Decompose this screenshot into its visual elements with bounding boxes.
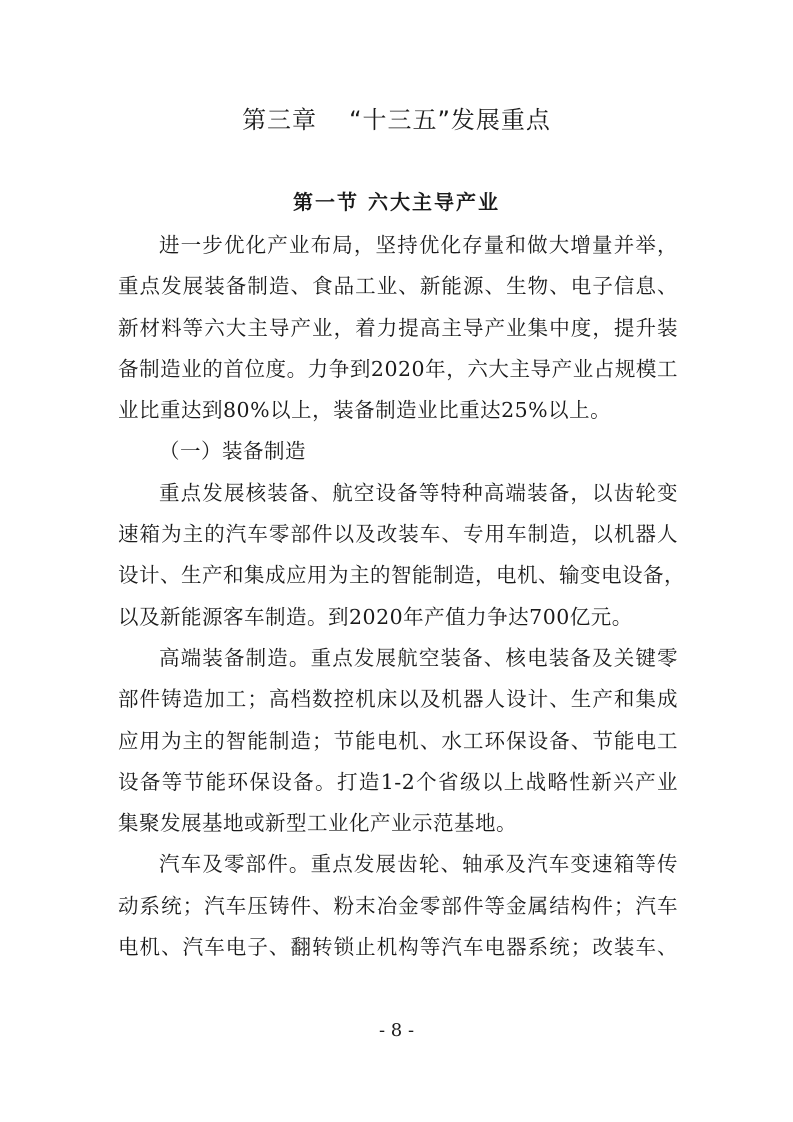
document-page: 第三章“十三五”发展重点 第一节 六大主导产业 进一步优化产业布局，坚持优化存量… xyxy=(0,0,793,1122)
paragraph-line: 速箱为主的汽车零部件以及改装车、专用车制造，以机器人 xyxy=(118,514,678,555)
paragraph-line: 设备等节能环保设备。打造1-2个省级以上战略性新兴产业 xyxy=(118,762,678,803)
paragraph-line: 备制造业的首位度。力争到2020年，六大主导产业占规模工 xyxy=(118,349,678,390)
paragraph-line: 新材料等六大主导产业，着力提高主导产业集中度，提升装 xyxy=(118,308,678,349)
chapter-number: 第三章 xyxy=(242,106,317,134)
paragraph-line: 部件铸造加工；高档数控机床以及机器人设计、生产和集成 xyxy=(118,679,678,720)
paragraph-line: 重点发展装备制造、食品工业、新能源、生物、电子信息、 xyxy=(118,266,678,307)
subheading: （一）装备制造 xyxy=(118,431,678,472)
paragraph-line: 电机、汽车电子、翻转锁止机构等汽车电器系统；改装车、 xyxy=(118,927,678,968)
paragraph-line: 高端装备制造。重点发展航空装备、核电装备及关键零 xyxy=(118,638,678,679)
section-title: 第一节 六大主导产业 xyxy=(0,186,793,215)
page-number: - 8 - xyxy=(0,1020,793,1041)
paragraph-line: 重点发展核装备、航空设备等特种高端装备，以齿轮变 xyxy=(118,473,678,514)
paragraph-line: 集聚发展基地或新型工业化产业示范基地。 xyxy=(118,803,678,844)
chapter-heading: “十三五”发展重点 xyxy=(349,106,551,134)
paragraph-line: 进一步优化产业布局，坚持优化存量和做大增量并举， xyxy=(118,225,678,266)
paragraph-line: 以及新能源客车制造。到2020年产值力争达700亿元。 xyxy=(118,597,678,638)
paragraph-line: 汽车及零部件。重点发展齿轮、轴承及汽车变速箱等传 xyxy=(118,844,678,885)
chapter-title: 第三章“十三五”发展重点 xyxy=(0,100,793,135)
body-text: 进一步优化产业布局，坚持优化存量和做大增量并举， 重点发展装备制造、食品工业、新… xyxy=(118,225,678,968)
paragraph-line: 设计、生产和集成应用为主的智能制造，电机、输变电设备， xyxy=(118,555,678,596)
paragraph-line: 动系统；汽车压铸件、粉末冶金零部件等金属结构件；汽车 xyxy=(118,886,678,927)
paragraph-line: 应用为主的智能制造；节能电机、水工环保设备、节能电工 xyxy=(118,721,678,762)
paragraph-line: 业比重达到80%以上，装备制造业比重达25%以上。 xyxy=(118,390,678,431)
